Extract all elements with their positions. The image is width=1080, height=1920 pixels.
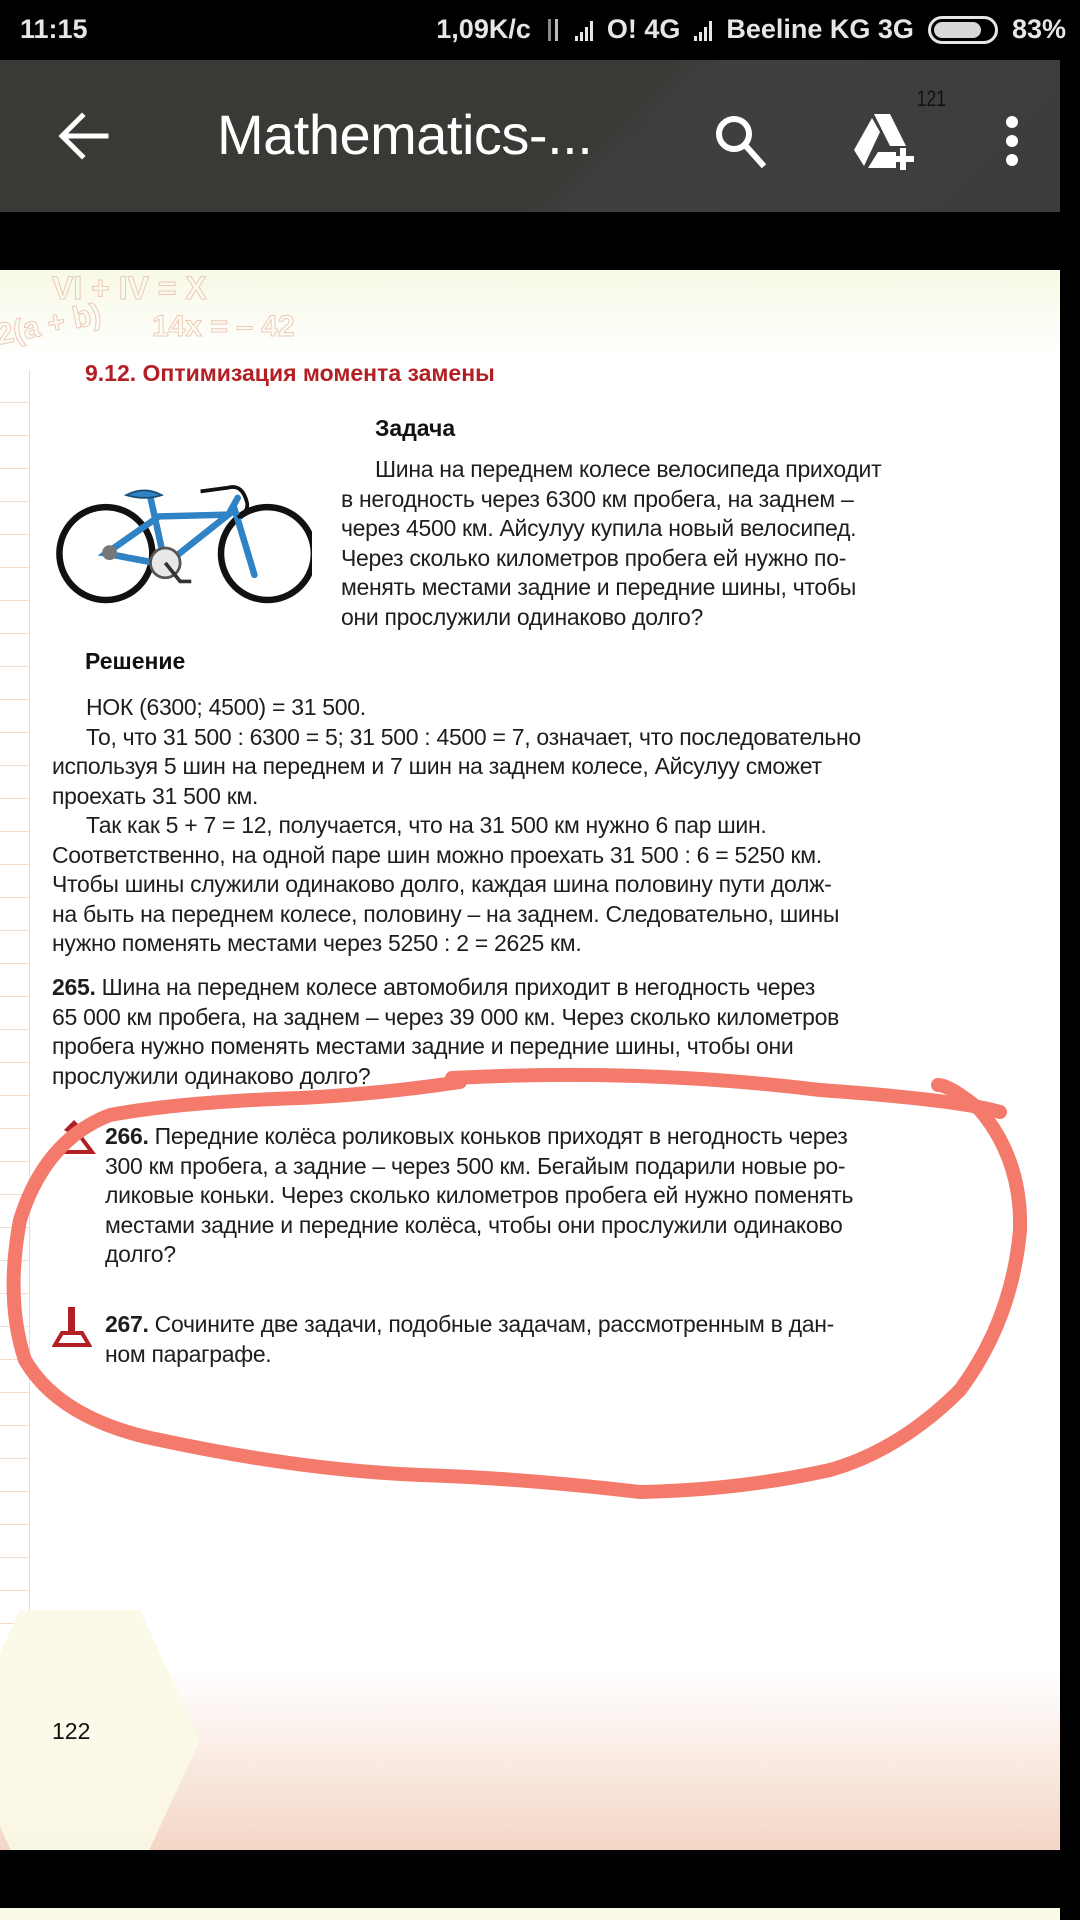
signal-icon (694, 19, 712, 41)
network-speed: 1,09K/с (436, 14, 531, 45)
bicycle-illustration (52, 455, 312, 615)
battery-icon (928, 16, 998, 44)
page-number: 122 (52, 1718, 90, 1745)
solution-text: НОК (6300; 4500) = 31 500. То, что 31 50… (52, 693, 957, 959)
task-text: Шина на переднем колесе велосипеда прихо… (341, 455, 955, 632)
battery-percent: 83% (1012, 14, 1066, 45)
carrier-2: Beeline KG 3G (726, 14, 914, 45)
pencil-stand-icon (52, 1305, 92, 1347)
solution-heading: Решение (85, 648, 185, 675)
exercise-number: 267. (105, 1311, 149, 1337)
search-icon[interactable] (712, 112, 768, 168)
document-page[interactable]: VI + IV = X 2(a + b) 14x = – 42 9.12. Оп… (0, 270, 1060, 1850)
exercise-265: 265. Шина на переднем колесе автомобиля … (52, 973, 957, 1091)
exercise-266: 266. Передние колёса роликовых коньков п… (105, 1122, 957, 1270)
add-to-drive-icon[interactable] (852, 112, 918, 172)
data-activity-icon (545, 19, 561, 41)
section-title: 9.12. Оптимизация момента замены (85, 360, 495, 387)
status-time: 11:15 (20, 14, 88, 45)
warning-triangle-icon (56, 1118, 96, 1154)
carrier-1: O! 4G (607, 14, 681, 45)
signal-icon (575, 19, 593, 41)
arrow-left-icon[interactable] (56, 108, 112, 164)
exercise-number: 266. (105, 1123, 149, 1149)
app-bar: Mathematics-... 121 (0, 60, 1060, 212)
status-bar: 11:15 1,09K/с O! 4G Beeline KG 3G 83% (0, 0, 1080, 60)
next-page-peek (0, 1908, 1060, 1920)
more-vertical-icon[interactable] (1000, 114, 1024, 168)
background-formula: 14x = – 42 (152, 310, 295, 344)
status-icons: 1,09K/с O! 4G Beeline KG 3G 83% (436, 14, 1066, 45)
document-title: Mathematics-... (217, 102, 592, 167)
exercise-number: 265. (52, 974, 96, 1000)
previous-page-number: 121 (917, 86, 946, 112)
task-heading: Задача (375, 415, 455, 442)
exercise-267: 267. Сочините две задачи, подобные задач… (105, 1310, 957, 1369)
margin-grid (0, 370, 30, 1730)
